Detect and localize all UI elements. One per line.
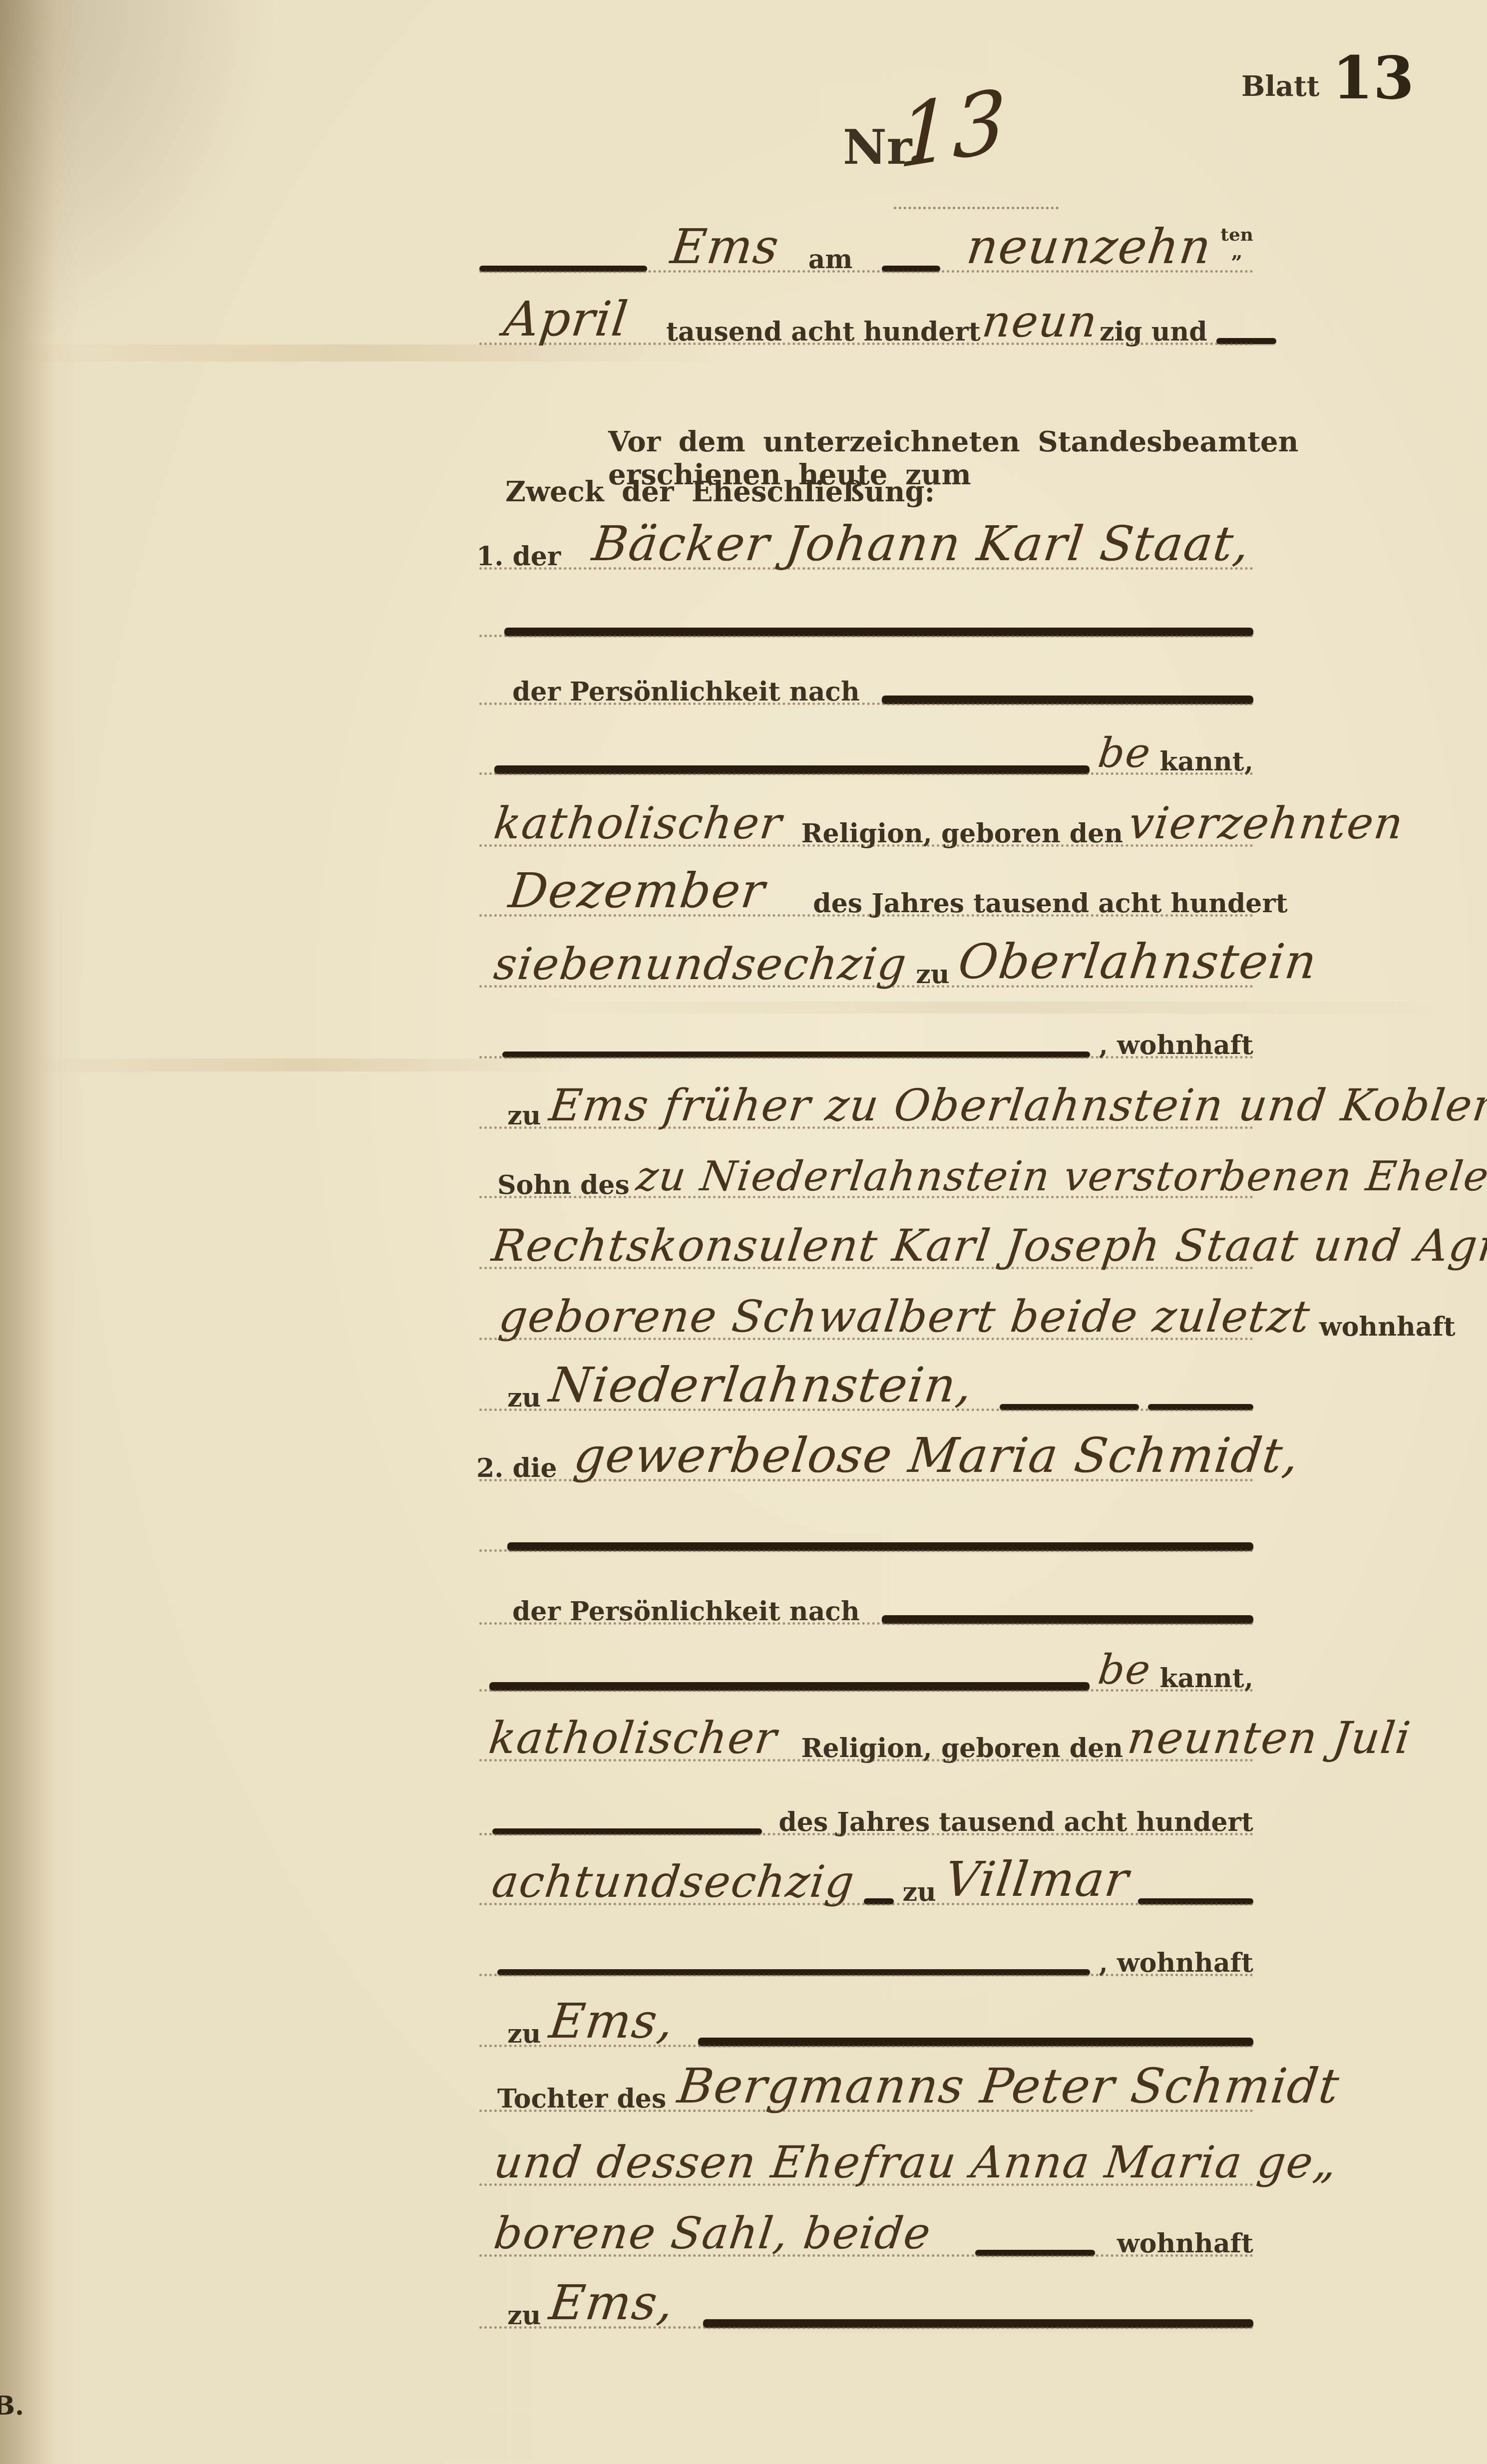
bride-index-label: 2. die — [476, 1453, 557, 1483]
place-written: Ems — [668, 219, 783, 275]
printers-mark: B. — [0, 2391, 24, 2421]
sheet-label: Blatt — [1241, 70, 1320, 103]
bride-religion-written: katholischer — [486, 1712, 780, 1763]
groom-parents-wohnhaft-label: wohnhaft — [1319, 1312, 1456, 1342]
groom-identity-line: der Persönlichkeit nach — [479, 642, 1253, 707]
sheet-number: 13 — [1332, 43, 1414, 112]
date-place-line: Ems am neunzehn ten „ — [479, 210, 1253, 275]
ink-stroke — [507, 1542, 1253, 1551]
groom-birth-year-line: siebenundsechzig zu Oberlahnstein — [479, 925, 1253, 990]
groom-parents-line-1: Sohn des zu Niederlahnstein verstorbenen… — [479, 1135, 1253, 1200]
corner-shade — [0, 0, 280, 350]
groom-residence: Ems früher zu Oberlahnstein und Koblenz, — [547, 1079, 1487, 1131]
groom-residence-line: zu Ems früher zu Oberlahnstein und Koble… — [479, 1066, 1253, 1131]
blank-struck-line — [479, 574, 1253, 639]
groom-parents-label: Sohn des — [497, 1170, 630, 1200]
groom-zu-label-2: zu — [507, 1100, 541, 1131]
day-suffix-mark: „ — [1231, 243, 1243, 261]
groom-birth-month-line: Dezember des Jahres tausend acht hundert — [479, 854, 1253, 919]
month-written: April — [501, 291, 632, 347]
bride-year-label: des Jahres tausend acht hundert — [779, 1807, 1254, 1837]
groom-parents-residence: Niederlahnstein, — [546, 1357, 976, 1413]
groom-birth-day: vierzehnten — [1126, 797, 1407, 849]
bride-identity-label: der Persönlichkeit nach — [512, 1596, 860, 1627]
day-suffix: ten „ — [1220, 227, 1253, 261]
ink-stroke — [479, 266, 647, 272]
groom-known-written: be — [1096, 729, 1154, 777]
bride-parents-zu-label: zu — [507, 2300, 541, 2331]
groom-birth-month: Dezember — [506, 863, 768, 919]
groom-known-line: be kannt, — [479, 712, 1253, 777]
bride-parents-wohnhaft-label: wohnhaft — [1117, 2228, 1253, 2259]
bride-parents-label: Tochter des — [497, 2084, 666, 2114]
ink-stroke — [494, 765, 1090, 774]
bride-name-line: 2. die gewerbelose Maria Schmidt, — [479, 1411, 1253, 1483]
bride-residence: Ems, — [546, 1993, 678, 2049]
ink-stroke — [502, 1052, 1090, 1057]
groom-religion-line: katholischer Religion, geboren den vierz… — [479, 784, 1253, 849]
groom-identity-label: der Persönlichkeit nach — [512, 677, 860, 707]
bride-name: gewerbelose Maria Schmidt, — [571, 1427, 1303, 1483]
bride-parents-text-1: Bergmanns Peter Schmidt — [675, 2058, 1343, 2114]
decade-written: neun — [979, 296, 1101, 347]
bride-birth-year: achtundsechzig — [489, 1856, 858, 1907]
groom-name: Bäcker Johann Karl Staat, — [589, 516, 1253, 572]
day-written: neunzehn — [964, 219, 1215, 275]
bride-wohnhaft-label: , wohnhaft — [1099, 1948, 1253, 1978]
groom-name-line: 1. der Bäcker Johann Karl Staat, — [479, 499, 1253, 572]
groom-index-label: 1. der — [476, 541, 561, 572]
century-label: tausend acht hundert — [666, 317, 981, 347]
groom-wohnhaft-line: , wohnhaft — [479, 996, 1253, 1060]
ink-stroke — [698, 2038, 1253, 2046]
bride-identity-line: der Persönlichkeit nach — [479, 1562, 1253, 1627]
bride-parents-residence-line: zu Ems, — [479, 2266, 1253, 2331]
am-label: am — [808, 244, 853, 275]
bride-parents-text-3: borene Sahl, beide — [491, 2207, 934, 2259]
bride-parents-line-2: und dessen Ehefrau Anna Maria ge„ — [479, 2123, 1253, 2188]
ink-stroke — [864, 1898, 894, 1904]
groom-religion-written: katholischer — [491, 797, 785, 849]
ink-stroke — [882, 266, 940, 272]
record-number-value: 13 — [898, 70, 1008, 188]
ink-stroke — [1148, 1404, 1253, 1410]
groom-parents-text-2: Rechtskonsulent Karl Joseph Staat und Ag… — [489, 1220, 1487, 1271]
bride-religion-line: katholischer Religion, geboren den neunt… — [479, 1699, 1253, 1763]
groom-parents-line-2: Rechtskonsulent Karl Joseph Staat und Ag… — [479, 1206, 1253, 1271]
bride-known-line: be kannt, — [479, 1629, 1253, 1694]
bride-parents-line-3: borene Sahl, beide wohnhaft — [479, 2194, 1253, 2259]
groom-year-label: des Jahres tausend acht hundert — [813, 888, 1288, 919]
paper-smudge — [0, 345, 724, 361]
ink-stroke — [504, 628, 1253, 636]
decade-suffix-label: zig und — [1100, 317, 1207, 347]
groom-birth-place: Oberlahnstein — [955, 934, 1320, 990]
ink-stroke — [882, 696, 1253, 704]
ink-stroke — [497, 1969, 1090, 1975]
bride-zu-label-2: zu — [507, 2019, 541, 2049]
groom-birth-year: siebenundsechzig — [491, 938, 910, 990]
bride-known-label: kannt, — [1160, 1663, 1253, 1694]
groom-parents-zu-label: zu — [507, 1383, 541, 1413]
bride-parents-text-2: und dessen Ehefrau Anna Maria ge„ — [491, 2136, 1341, 2188]
blank-struck-line — [479, 1489, 1253, 1554]
bride-known-written: be — [1096, 1646, 1154, 1694]
bride-birth-place: Villmar — [942, 1851, 1132, 1907]
groom-known-label: kannt, — [1160, 746, 1253, 777]
ink-stroke — [492, 1828, 762, 1834]
bride-residence-line: zu Ems, — [479, 1984, 1253, 2049]
bride-religion-label: Religion, geboren den — [801, 1733, 1123, 1763]
bride-parents-line-1: Tochter des Bergmanns Peter Schmidt — [479, 2049, 1253, 2114]
ink-stroke — [975, 2250, 1095, 2256]
page-gutter-shadow — [0, 0, 55, 2464]
date-year-line: April tausend acht hundert neun zig und — [479, 282, 1253, 347]
groom-parents-line-3: geborene Schwalbert beide zuletzt wohnha… — [479, 1277, 1253, 1342]
groom-religion-label: Religion, geboren den — [801, 818, 1123, 849]
ink-stroke — [703, 2319, 1253, 2328]
bride-zu-label: zu — [903, 1877, 936, 1907]
ink-stroke — [882, 1615, 1253, 1624]
groom-parents-text-1: zu Niederlahnstein verstorbenen Eheleute — [634, 1153, 1487, 1200]
bride-wohnhaft-line: , wohnhaft — [479, 1913, 1253, 1978]
register-page: Blatt 13 Nr. 13 Ems am neunzehn ten „ Ap… — [0, 0, 1487, 2464]
ink-stroke — [1216, 338, 1276, 344]
groom-zu-label: zu — [916, 959, 949, 990]
ink-stroke — [1138, 1898, 1253, 1904]
ink-stroke — [1000, 1404, 1139, 1410]
groom-parents-text-3: geborene Schwalbert beide zuletzt — [496, 1291, 1314, 1342]
bride-year-line: des Jahres tausend acht hundert — [479, 1772, 1253, 1837]
bride-birth-year-line: achtundsechzig zu Villmar — [479, 1842, 1253, 1907]
bride-birth-day: neunten Juli — [1125, 1712, 1414, 1763]
groom-parents-residence-line: zu Niederlahnstein, — [479, 1348, 1253, 1413]
ink-stroke — [489, 1682, 1090, 1691]
record-number-rule — [894, 207, 1059, 209]
groom-wohnhaft-label: , wohnhaft — [1099, 1030, 1253, 1060]
bride-parents-residence: Ems, — [546, 2275, 678, 2331]
